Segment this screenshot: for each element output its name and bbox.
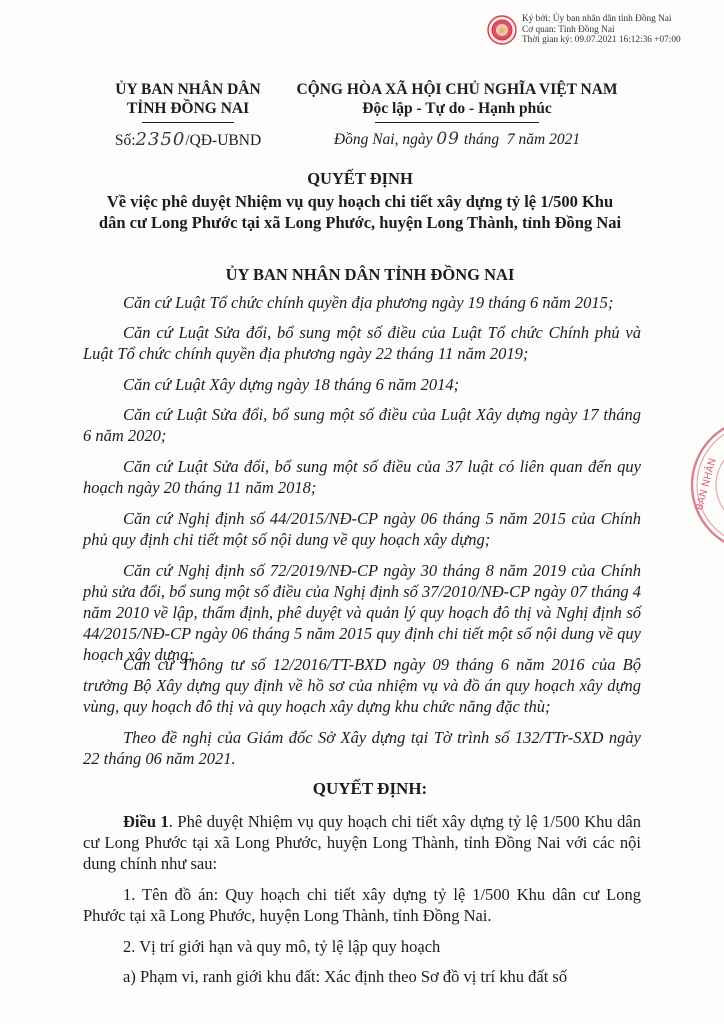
article-1: Điều 1. Phê duyệt Nhiệm vụ quy hoạch chi…: [83, 811, 641, 874]
subject-line-2: dân cư Long Phước tại xã Long Phước, huy…: [80, 212, 640, 233]
country-name: CỘNG HÒA XÃ HỘI CHỦ NGHĨA VIỆT NAM: [292, 80, 622, 99]
red-seal-stamp-icon: BAN NHÂN: [688, 415, 724, 555]
national-emblem-seal-icon: [487, 15, 517, 45]
issuer-line-2: TỈNH ĐỒNG NAI: [96, 99, 280, 118]
article-1-item-1: 1. Tên đồ án: Quy hoạch chi tiết xây dựn…: [83, 884, 641, 926]
legal-basis-5: Căn cứ Luật Sửa đổi, bổ sung một số điều…: [83, 456, 641, 498]
decision-heading: QUYẾT ĐỊNH:: [80, 779, 660, 799]
national-motto: Độc lập - Tự do - Hạnh phúc: [292, 99, 622, 118]
national-header: CỘNG HÒA XÃ HỘI CHỦ NGHĨA VIỆT NAM Độc l…: [292, 80, 622, 149]
legal-basis-3: Căn cứ Luật Xây dựng ngày 18 tháng 6 năm…: [83, 374, 641, 395]
legal-basis-2: Căn cứ Luật Sửa đổi, bổ sung một số điều…: [83, 322, 641, 364]
document-subject: Về việc phê duyệt Nhiệm vụ quy hoạch chi…: [80, 191, 640, 233]
issuer-line-1: ỦY BAN NHÂN DÂN: [96, 80, 280, 99]
authority-heading: ỦY BAN NHÂN DÂN TỈNH ĐỒNG NAI: [80, 265, 660, 285]
document-number: Số:2350/QĐ-UBND: [96, 130, 280, 150]
motto-divider: [375, 122, 539, 123]
issuer-block: ỦY BAN NHÂN DÂN TỈNH ĐỒNG NAI Số:2350/QĐ…: [96, 80, 280, 150]
signature-time: Thời gian ký: 09.07.2021 16:12:36 +07:00: [522, 35, 681, 46]
date-suffix: tháng 7 năm 2021: [464, 131, 580, 148]
article-1-label: Điều 1: [123, 812, 169, 831]
subject-line-1: Về việc phê duyệt Nhiệm vụ quy hoạch chi…: [80, 191, 640, 212]
issuer-divider: [142, 122, 234, 123]
signature-agency: Cơ quan: Tỉnh Đồng Nai: [522, 25, 681, 36]
legal-basis-8: Căn cứ Thông tư số 12/2016/TT-BXD ngày 0…: [83, 654, 641, 717]
number-prefix: Số:: [115, 132, 136, 149]
legal-basis-1: Căn cứ Luật Tổ chức chính quyền địa phươ…: [83, 292, 641, 313]
issue-date: Đồng Nai, ngày 09 tháng 7 năm 2021: [292, 130, 622, 149]
handwritten-day: 09: [436, 129, 460, 149]
date-prefix: Đồng Nai, ngày: [334, 131, 433, 148]
legal-basis-6: Căn cứ Nghị định số 44/2015/NĐ-CP ngày 0…: [83, 508, 641, 550]
article-1-item-3: a) Phạm vi, ranh giới khu đất: Xác định …: [83, 966, 641, 987]
legal-basis-9: Theo đề nghị của Giám đốc Sở Xây dựng tạ…: [83, 727, 641, 769]
legal-basis-7: Căn cứ Nghị định số 72/2019/NĐ-CP ngày 3…: [83, 560, 641, 665]
document-title: QUYẾT ĐỊNH: [80, 168, 640, 189]
signature-signed-by: Ký bởi: Ủy ban nhân dân tỉnh Đồng Nai: [522, 14, 681, 25]
article-1-item-2: 2. Vị trí giới hạn và quy mô, tỷ lệ lập …: [83, 936, 641, 957]
number-suffix: /QĐ-UBND: [185, 132, 261, 149]
digital-signature-block: Ký bởi: Ủy ban nhân dân tỉnh Đồng Nai Cơ…: [487, 12, 717, 54]
handwritten-number: 2350: [136, 129, 186, 150]
legal-basis-4: Căn cứ Luật Sửa đổi, bổ sung một số điều…: [83, 404, 641, 446]
